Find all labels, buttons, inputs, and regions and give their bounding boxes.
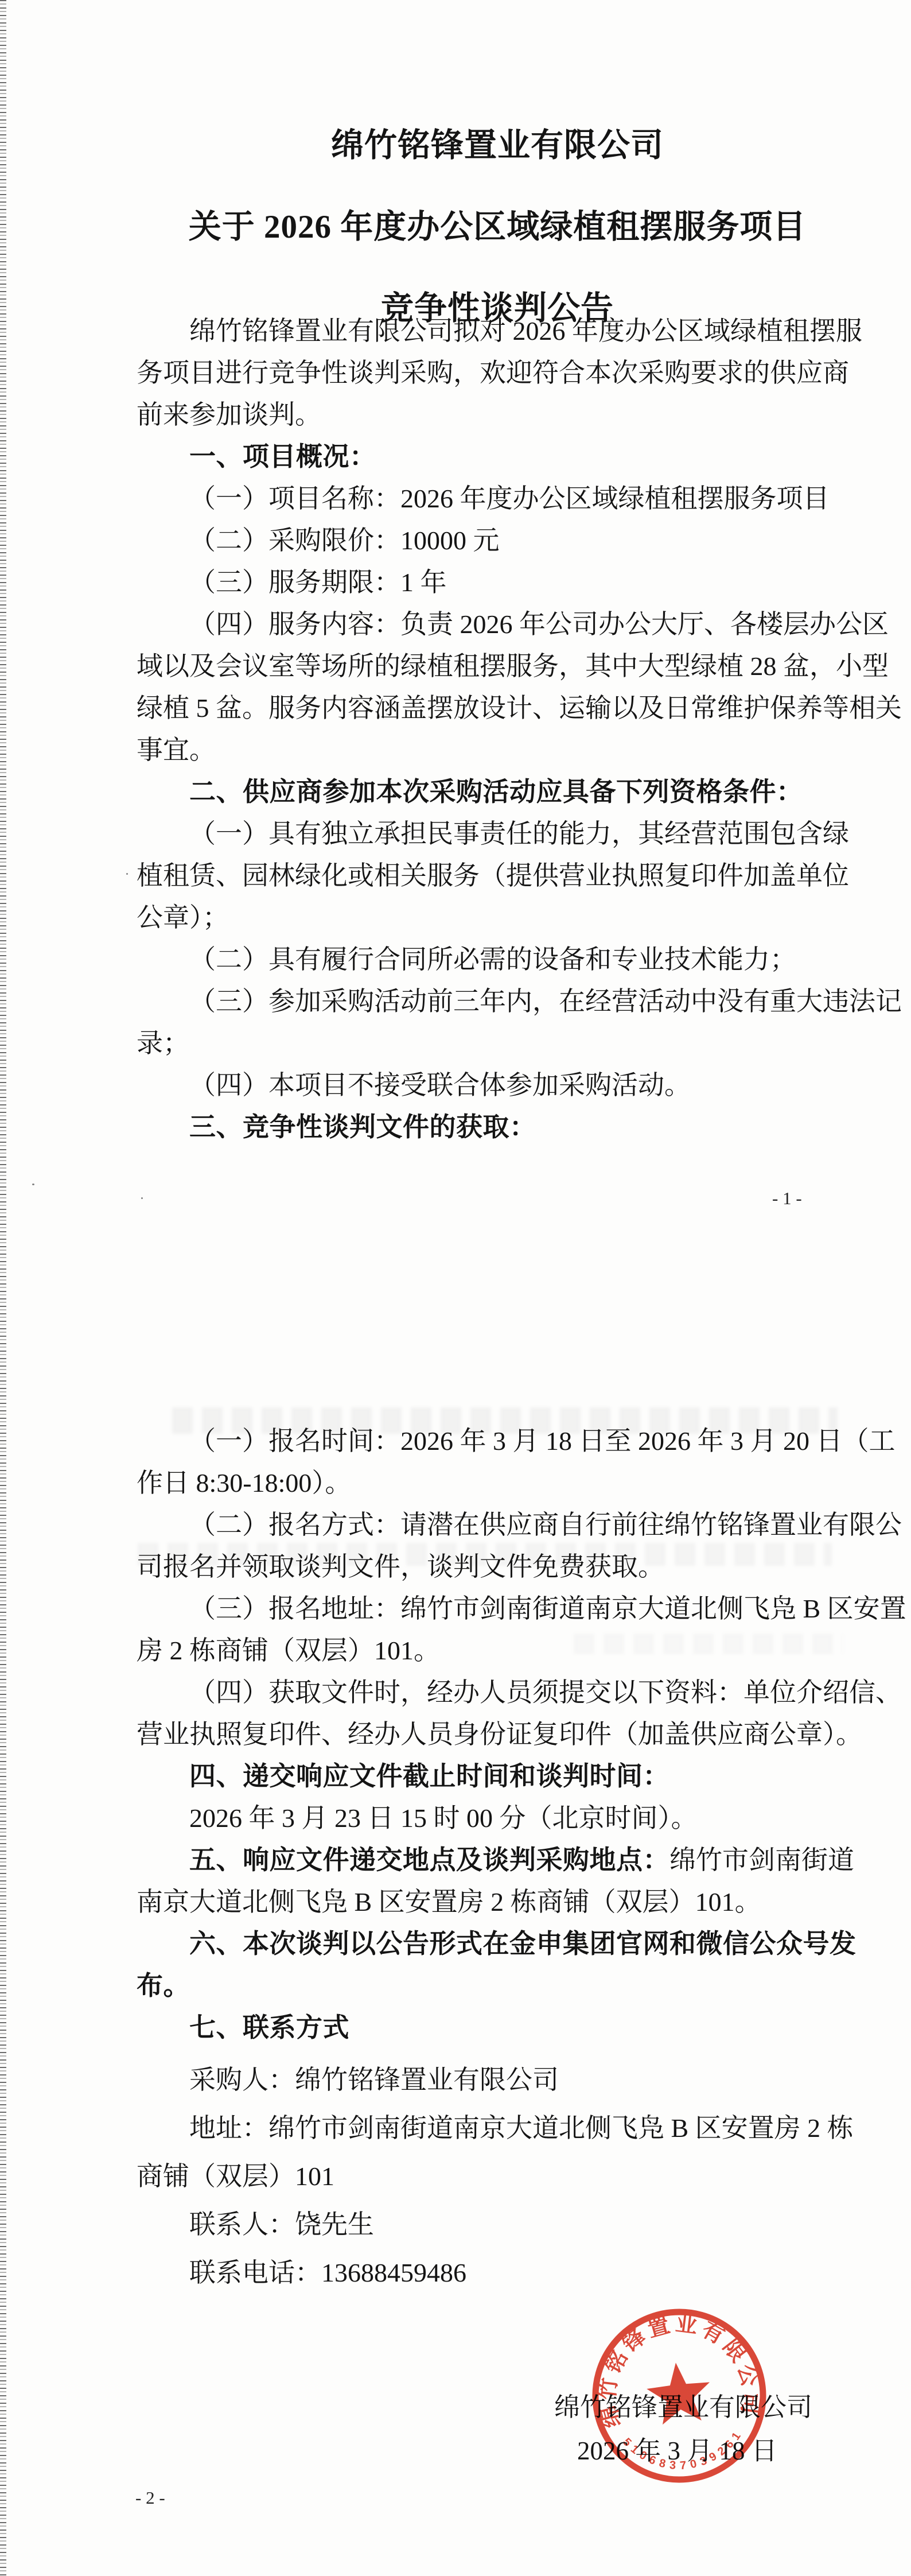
dust-speck <box>141 1197 143 1199</box>
title-line-company: 绵竹铭锋置业有限公司 <box>137 105 858 187</box>
negotiation-address: 绵竹市剑南街道 <box>669 1845 854 1875</box>
required-materials: （四）获取文件时，经办人员须提交以下资料：单位介绍信、 <box>137 1671 858 1713</box>
section-heading-4: 四、递交响应文件截止时间和谈判时间： <box>137 1755 858 1797</box>
page2-footer-number: - 2 - <box>135 2488 165 2508</box>
page1-footer-number: - 1 - <box>772 1188 802 1209</box>
contact-purchaser: 采购人：绵竹铭锋置业有限公司 <box>137 2056 858 2104</box>
negotiation-address: 南京大道北侧飞凫 B 区安置房 2 栋商铺（双层）101。 <box>137 1881 858 1923</box>
section-heading-2: 二、供应商参加本次采购活动应具备下列资格条件： <box>137 771 858 813</box>
scanned-document-page: 绵竹铭锋置业有限公司 关于 2026 年度办公区域绿植租摆服务项目 竞争性谈判公… <box>0 0 911 2576</box>
paragraph-intro-line: 绵竹铭锋置业有限公司拟对 2026 年度办公区域绿植租摆服 <box>137 310 858 352</box>
contact-block: 采购人：绵竹铭锋置业有限公司 地址：绵竹市剑南街道南京大道北侧飞凫 B 区安置房… <box>137 2056 858 2297</box>
item-project-name: （一）项目名称：2026 年度办公区域绿植租摆服务项目 <box>137 478 858 519</box>
company-seal: 绵竹铭锋置业有限公司 5106837039261 <box>572 2288 787 2503</box>
qualification-item: （三）参加采购活动前三年内，在经营活动中没有重大违法记 <box>137 980 858 1022</box>
registration-address: （三）报名地址：绵竹市剑南街道南京大道北侧飞凫 B 区安置 <box>137 1588 858 1630</box>
dust-speck <box>126 873 128 875</box>
qualification-item: 公章）； <box>137 897 858 938</box>
item-price-limit: （二）采购限价：10000 元 <box>137 519 858 561</box>
contact-person: 联系人：饶先生 <box>137 2201 858 2249</box>
paragraph-intro-line: 务项目进行竞争性谈判采购，欢迎符合本次采购要求的供应商 <box>137 352 858 394</box>
contact-address: 地址：绵竹市剑南街道南京大道北侧飞凫 B 区安置房 2 栋 <box>137 2104 858 2152</box>
qualification-item: （四）本项目不接受联合体参加采购活动。 <box>137 1064 858 1106</box>
section-heading-5-label: 五、响应文件递交地点及谈判采购地点： <box>189 1845 669 1875</box>
section-heading-7: 七、联系方式 <box>137 2007 858 2049</box>
title-line-project: 关于 2026 年度办公区域绿植租摆服务项目 <box>137 187 858 268</box>
item-service-term: （三）服务期限：1 年 <box>137 561 858 603</box>
registration-time: （一）报名时间：2026 年 3 月 18 日至 2026 年 3 月 20 日… <box>137 1420 858 1462</box>
item-service-content: 事宜。 <box>137 729 858 771</box>
item-service-content: 绿植 5 盆。服务内容涵盖摆放设计、运输以及日常维护保养等相关 <box>137 687 858 729</box>
deadline-datetime: 2026 年 3 月 23 日 15 时 00 分（北京时间）。 <box>137 1797 858 1839</box>
section-heading-6: 六、本次谈判以公告形式在金申集团官网和微信公众号发 <box>137 1923 858 1965</box>
section-heading-1: 一、项目概况： <box>137 436 858 478</box>
registration-method: （二）报名方式：请潜在供应商自行前往绵竹铭锋置业有限公 <box>137 1504 858 1546</box>
page1-body: 绵竹铭锋置业有限公司拟对 2026 年度办公区域绿植租摆服 务项目进行竞争性谈判… <box>137 310 858 1148</box>
item-service-content: （四）服务内容：负责 2026 年公司办公大厅、各楼层办公区 <box>137 603 858 645</box>
registration-time: 作日 8:30-18:00）。 <box>137 1462 858 1504</box>
qualification-item: 植租赁、园林绿化或相关服务（提供营业执照复印件加盖单位 <box>137 855 858 897</box>
seal-star-icon <box>644 2360 714 2426</box>
item-service-content: 域以及会议室等场所的绿植租摆服务，其中大型绿植 28 盆，小型 <box>137 645 858 687</box>
qualification-item: 录； <box>137 1022 858 1064</box>
section-heading-6: 布。 <box>137 1965 858 2007</box>
registration-address: 房 2 栋商铺（双层）101。 <box>137 1630 858 1671</box>
qualification-item: （一）具有独立承担民事责任的能力，其经营范围包含绿 <box>137 813 858 855</box>
paragraph-intro-line: 前来参加谈判。 <box>137 394 858 436</box>
section-heading-3: 三、竞争性谈判文件的获取： <box>137 1106 858 1148</box>
required-materials: 营业执照复印件、经办人员身份证复印件（加盖供应商公章）。 <box>137 1713 858 1755</box>
contact-address: 商铺（双层）101 <box>137 2152 858 2201</box>
dust-speck <box>32 1184 34 1185</box>
section-heading-5: 五、响应文件递交地点及谈判采购地点：绵竹市剑南街道 <box>137 1839 858 1881</box>
qualification-item: （二）具有履行合同所必需的设备和专业技术能力； <box>137 938 858 980</box>
page2-body: （一）报名时间：2026 年 3 月 18 日至 2026 年 3 月 20 日… <box>137 1420 858 2049</box>
scan-edge-noise <box>0 0 6 2576</box>
registration-method: 司报名并领取谈判文件，谈判文件免费获取。 <box>137 1546 858 1588</box>
